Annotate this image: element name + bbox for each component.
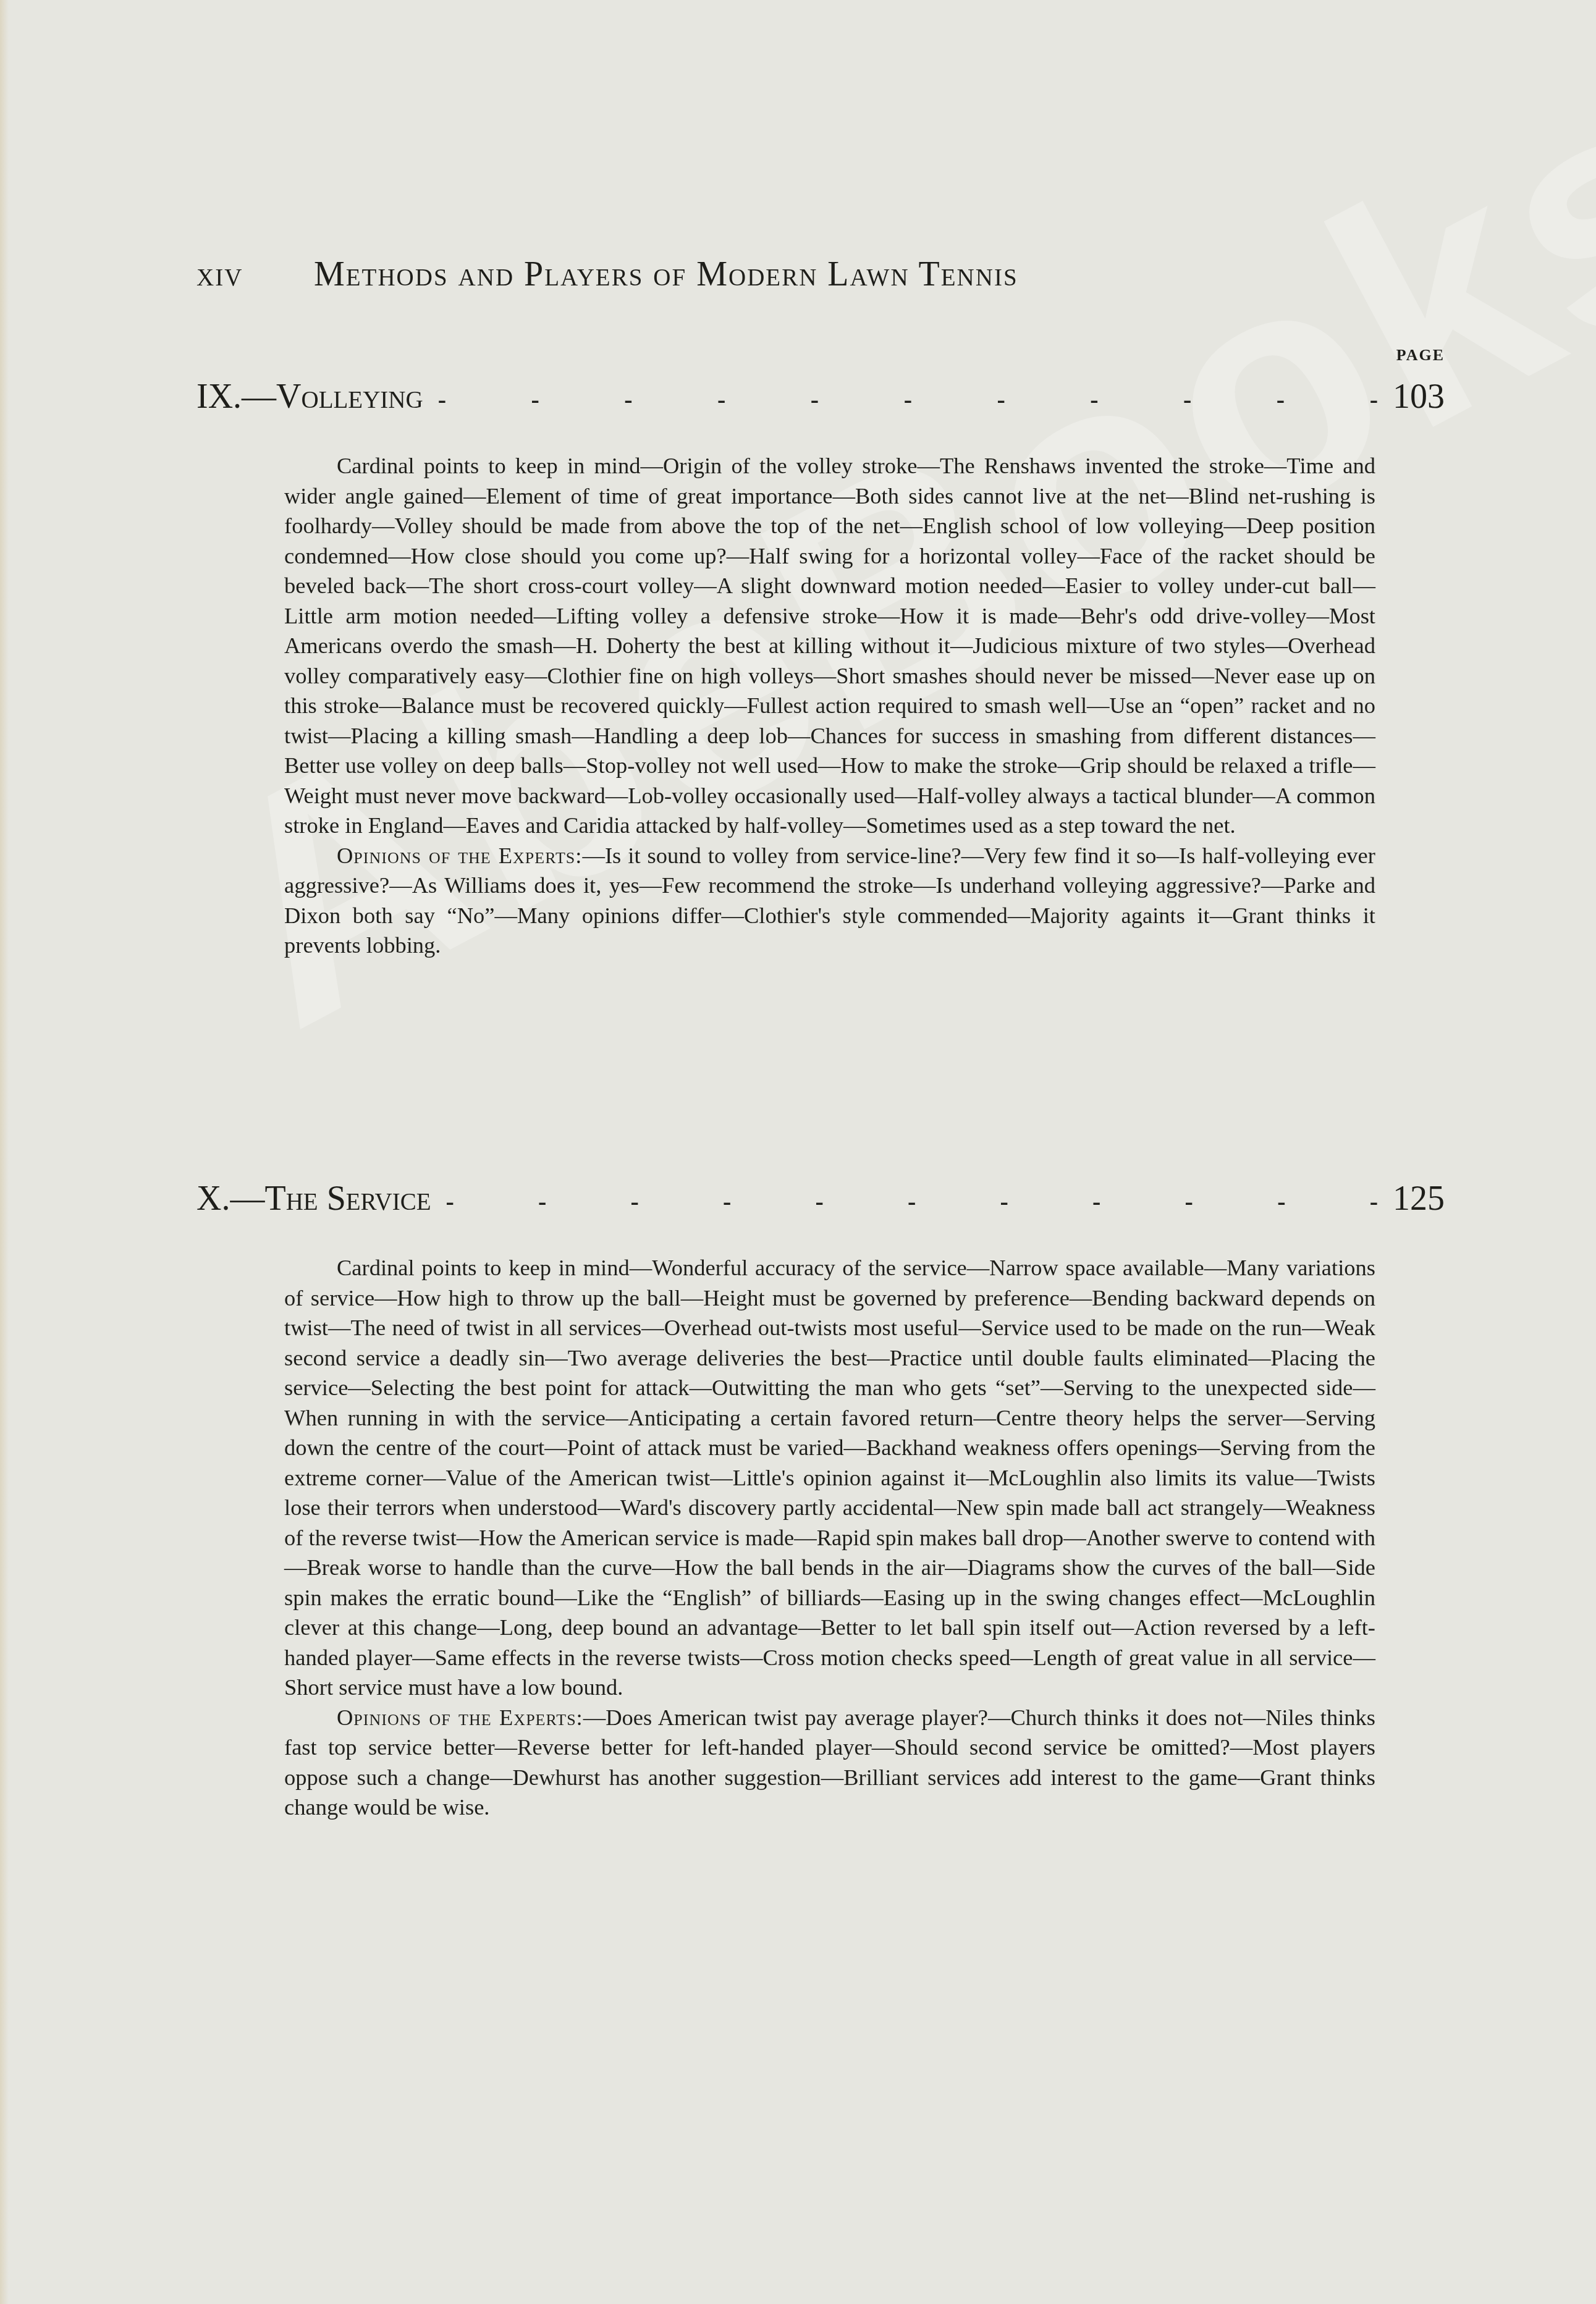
chapter-summary: Cardinal points to keep in mind—Origin o… (284, 451, 1375, 961)
toc-entry-chapter-ix: IX.—Volleying ----------- 103 Cardinal p… (196, 377, 1445, 961)
book-title: Methods and Players of Modern Lawn Tenni… (314, 255, 1018, 294)
chapter-title: X.—The Service (196, 1179, 431, 1218)
page-column-label: PAGE (1389, 346, 1445, 365)
chapter-title: IX.—Volleying (196, 377, 423, 416)
chapter-summary: Cardinal points to keep in mind—Wonderfu… (284, 1253, 1375, 1823)
running-head: XIV Methods and Players of Modern Lawn T… (196, 255, 1389, 294)
chapter-page-number: 103 (1393, 377, 1445, 416)
chapter-heading: X.—The Service ----------- 125 (196, 1179, 1445, 1228)
experts-paragraph: Opinions of the Experts:—Is it sound to … (284, 841, 1375, 961)
page-folio: XIV (196, 255, 314, 294)
dot-leaders: ----------- (445, 1187, 1378, 1216)
experts-label: Opinions of the Experts: (337, 843, 582, 868)
summary-paragraph: Cardinal points to keep in mind—Origin o… (284, 451, 1375, 841)
experts-label: Opinions of the Experts: (337, 1705, 583, 1730)
experts-paragraph: Opinions of the Experts:—Does American t… (284, 1703, 1375, 1823)
summary-paragraph: Cardinal points to keep in mind—Wonderfu… (284, 1253, 1375, 1703)
toc-entry-chapter-x: X.—The Service ----------- 125 Cardinal … (196, 1179, 1445, 1823)
chapter-heading: IX.—Volleying ----------- 103 (196, 377, 1445, 426)
page-edge (0, 0, 9, 2304)
chapter-page-number: 125 (1393, 1179, 1445, 1218)
dot-leaders: ----------- (438, 385, 1378, 414)
